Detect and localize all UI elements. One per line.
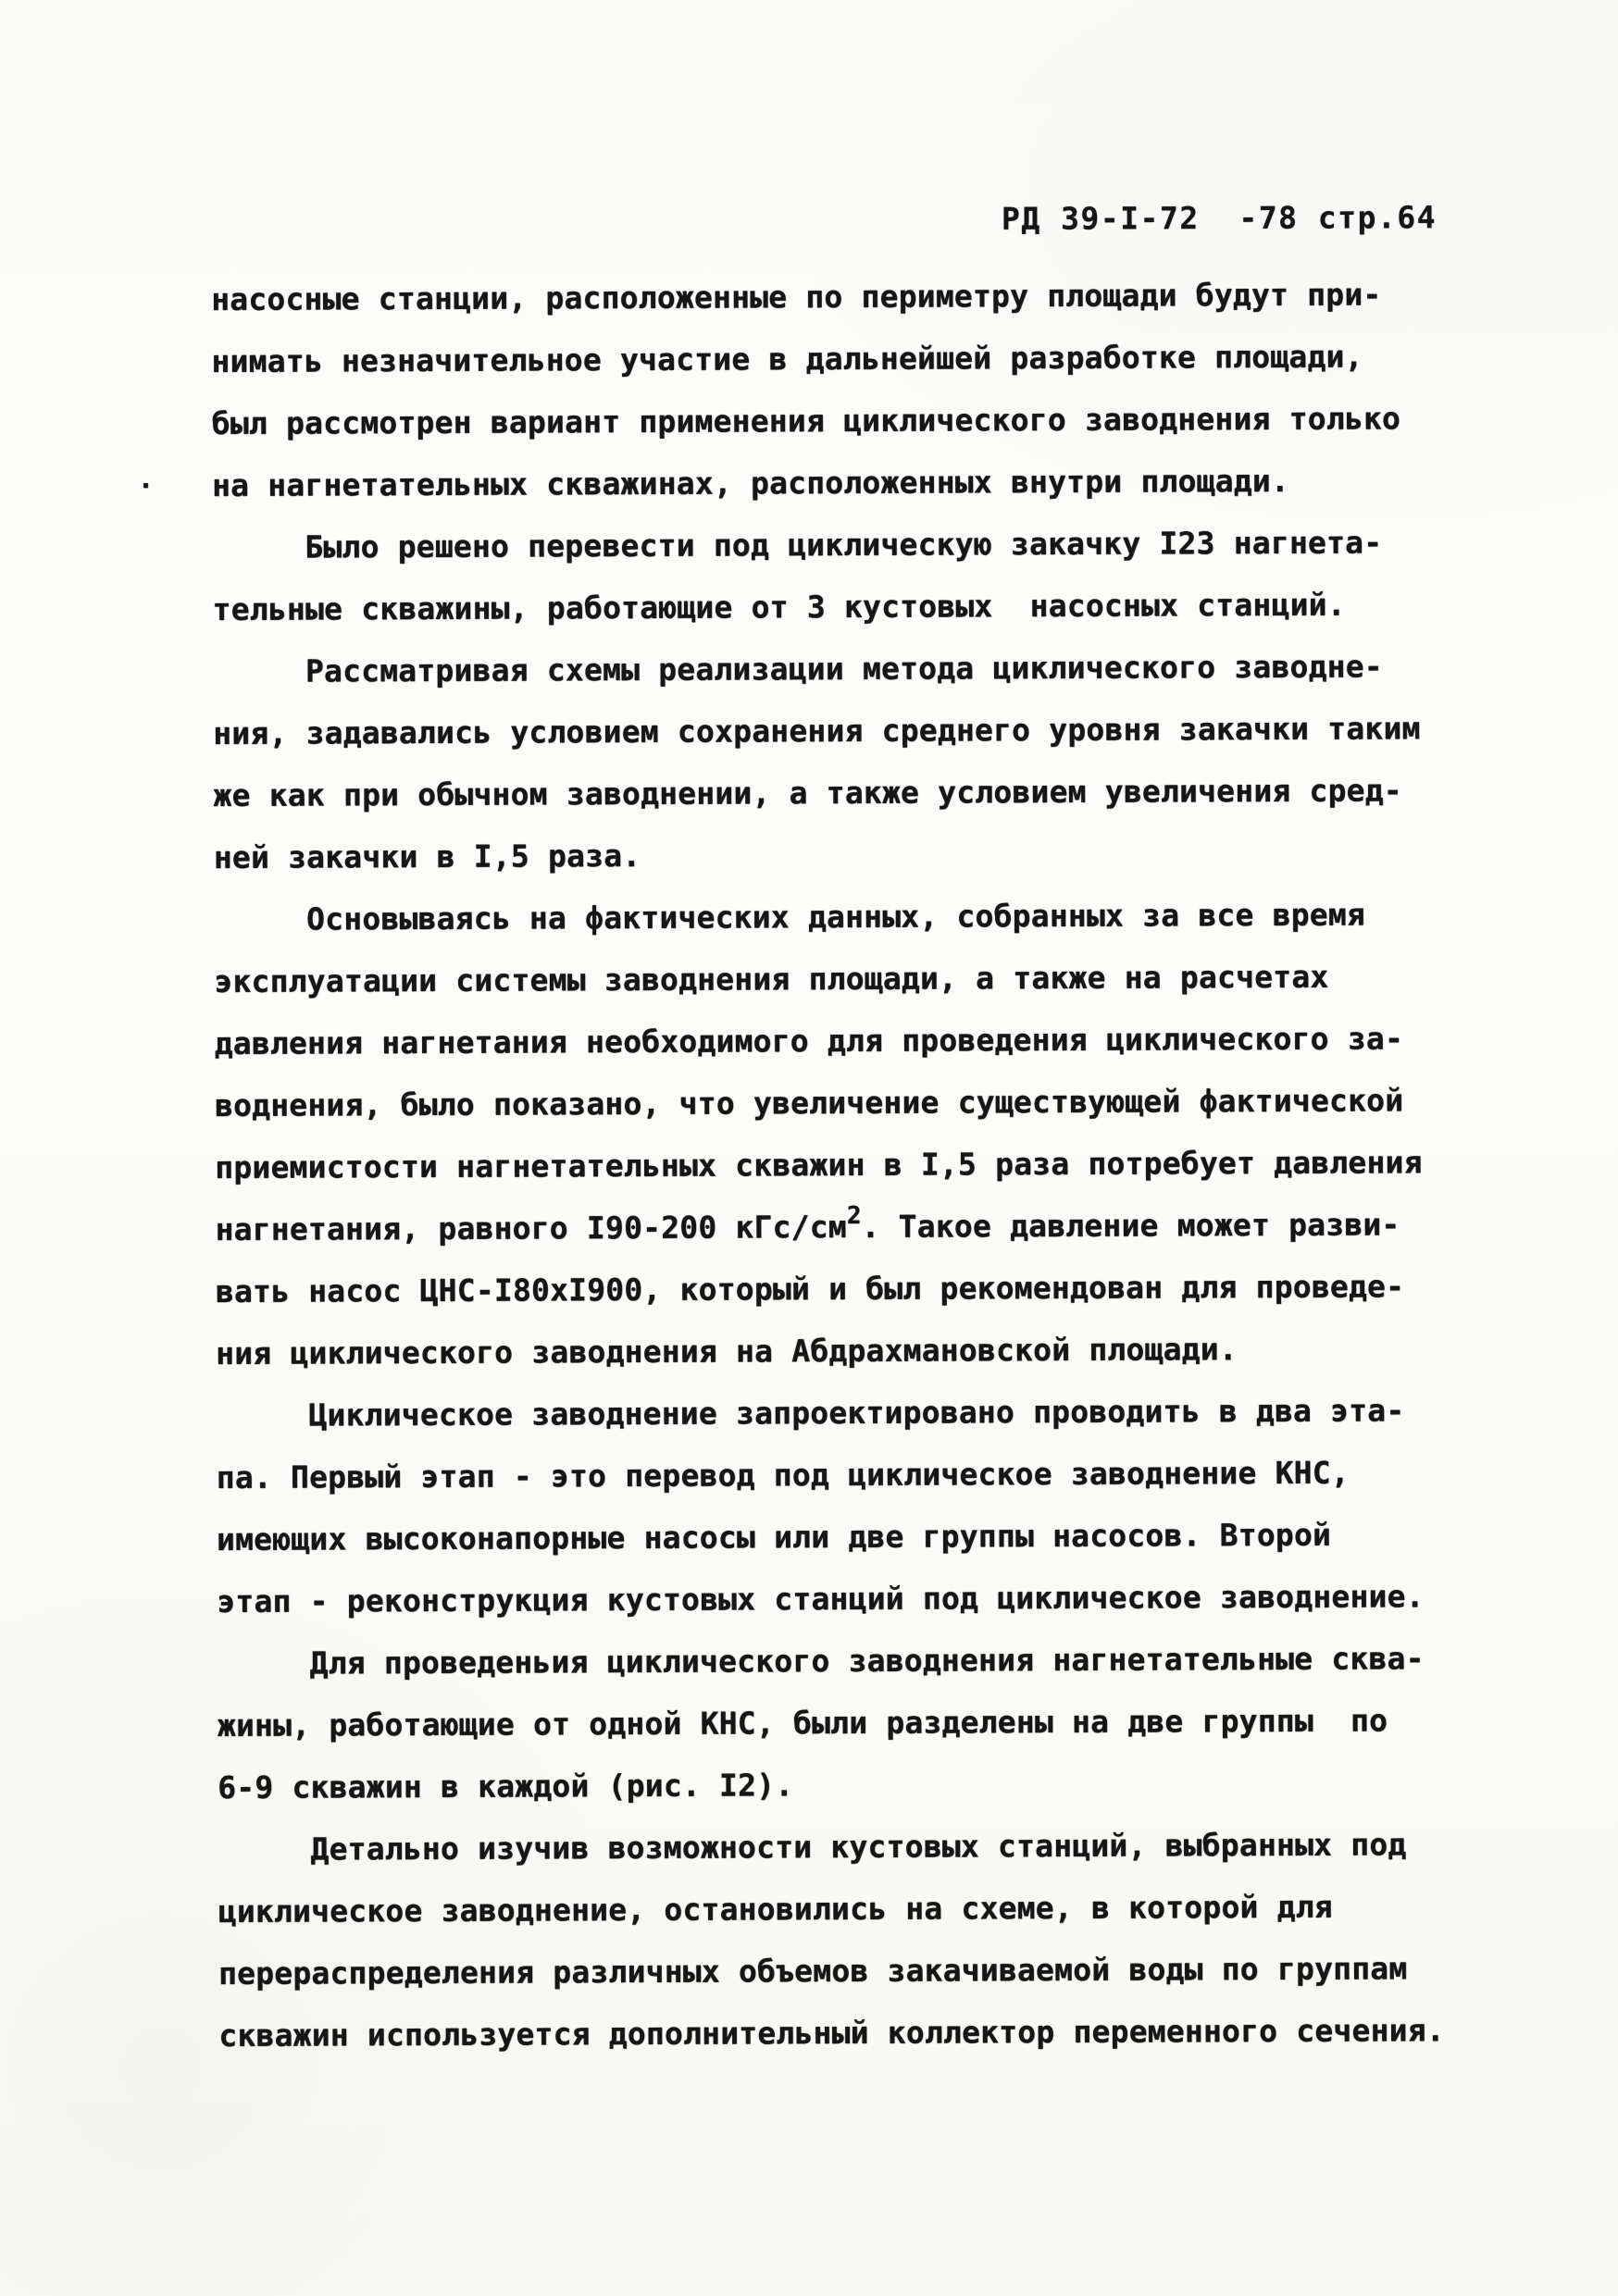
text-line: имеющих высоконапорные насосы или две гр…	[217, 1503, 1453, 1570]
line-text: 6-9 скважин в каждой (рис. I2).	[218, 1767, 793, 1806]
text-line: нагнетания, равного I90-200 кГс/см2. Так…	[215, 1193, 1451, 1260]
text-line: эксплуатации системы заводнения площади,…	[214, 945, 1450, 1012]
page-header-document-number: РД 39-I-72 -78 стр.64	[1002, 199, 1437, 237]
line-text: жины, работающие от одной КНС, были разд…	[218, 1702, 1388, 1744]
text-line: воднения, было показано, что увеличение …	[215, 1069, 1451, 1136]
line-text: ней закачки в I,5 раза.	[214, 838, 641, 875]
text-line: ней закачки в I,5 раза.	[214, 821, 1450, 888]
line-text: вать насос ЦНС-I80хI900, который и был р…	[216, 1268, 1405, 1309]
document-body: насосные станции, расположенные по перим…	[211, 263, 1455, 2066]
text-line: Детально изучив возможности кустовых ста…	[218, 1813, 1454, 1880]
line-text: Основываясь на фактических данных, собра…	[306, 897, 1365, 937]
stray-scan-mark: ·	[138, 454, 154, 516]
text-line: был рассмотрен вариант применения циклич…	[212, 387, 1449, 454]
line-text: ния циклического заводнения на Абдрахман…	[216, 1331, 1238, 1371]
text-line: жины, работающие от одной КНС, были разд…	[218, 1689, 1454, 1756]
text-line: давления нагнетания необходимого для про…	[215, 1007, 1451, 1074]
line-text: же как при обычном заводнении, а также у…	[213, 772, 1402, 813]
text-line: па. Первый этап - это перевод под циклич…	[217, 1441, 1453, 1508]
line-text: на нагнетательных скважинах, расположенн…	[212, 463, 1289, 503]
text-line: циклическое заводнение, остановились на …	[218, 1875, 1455, 1942]
line-text: Было решено перевести под циклическую за…	[305, 524, 1382, 565]
text-line: вать насос ЦНС-I80хI900, который и был р…	[216, 1255, 1452, 1322]
line-text: ния, задавались условием сохранения сред…	[213, 710, 1421, 751]
text-line: тельные скважины, работающие от 3 кустов…	[212, 573, 1449, 640]
superscript: 2	[847, 1202, 862, 1230]
text-line: насосные станции, расположенные по перим…	[211, 263, 1448, 330]
text-line: нимать незначительное участие в дальнейш…	[211, 325, 1448, 392]
line-text: Детально изучив возможности кустовых ста…	[310, 1826, 1406, 1867]
text-line: ния циклического заводнения на Абдрахман…	[216, 1317, 1452, 1384]
text-line: Основываясь на фактических данных, собра…	[214, 883, 1450, 950]
line-text: перераспределения различных объемов зака…	[218, 1950, 1408, 1992]
text-line: ·на нагнетательных скважинах, расположен…	[212, 449, 1449, 516]
line-text: Рассматривая схемы реализации метода цик…	[305, 648, 1383, 689]
text-line: ния, задавались условием сохранения сред…	[213, 697, 1450, 764]
text-line: Для проведеньия циклического заводнения …	[217, 1627, 1453, 1694]
text-line: Рассматривая схемы реализации метода цик…	[213, 635, 1450, 702]
line-text: давления нагнетания необходимого для про…	[215, 1020, 1404, 1061]
text-line: этап - реконструкция кустовых станций по…	[217, 1565, 1453, 1632]
line-text: нагнетания, равного I90-200 кГс/см	[215, 1209, 846, 1247]
line-text: . Такое давление может разви-	[861, 1206, 1400, 1245]
line-text: воднения, было показано, что увеличение …	[215, 1082, 1404, 1123]
line-text: был рассмотрен вариант применения циклич…	[212, 400, 1401, 441]
text-line: перераспределения различных объемов зака…	[218, 1937, 1455, 2004]
line-text: эксплуатации системы заводнения площади,…	[214, 959, 1328, 999]
line-text: Циклическое заводнение запроектировано п…	[308, 1392, 1404, 1433]
text-line: Циклическое заводнение запроектировано п…	[216, 1379, 1452, 1446]
line-text: приемистости нагнетательных скважин в I,…	[215, 1144, 1423, 1185]
text-line: скважин используется дополнительный колл…	[218, 1999, 1455, 2066]
text-line: приемистости нагнетательных скважин в I,…	[215, 1131, 1451, 1198]
line-text: циклическое заводнение, остановились на …	[218, 1889, 1333, 1930]
line-text: насосные станции, расположенные по перим…	[211, 276, 1381, 317]
line-text: этап - реконструкция кустовых станций по…	[217, 1578, 1425, 1620]
line-text: Для проведеньия циклического заводнения …	[309, 1640, 1424, 1681]
line-text: скважин используется дополнительный колл…	[218, 2012, 1445, 2054]
line-text: тельные скважины, работающие от 3 кустов…	[213, 587, 1346, 627]
scanned-document-page: РД 39-I-72 -78 стр.64 насосные станции, …	[0, 0, 1618, 2296]
line-text: па. Первый этап - это перевод под циклич…	[217, 1455, 1350, 1496]
line-text: нимать незначительное участие в дальнейш…	[211, 339, 1363, 379]
text-line: 6-9 скважин в каждой (рис. I2).	[218, 1751, 1454, 1818]
text-line: Было решено перевести под циклическую за…	[212, 511, 1449, 578]
line-text: имеющих высоконапорные насосы или две гр…	[217, 1517, 1331, 1558]
text-line: же как при обычном заводнении, а также у…	[213, 759, 1450, 826]
